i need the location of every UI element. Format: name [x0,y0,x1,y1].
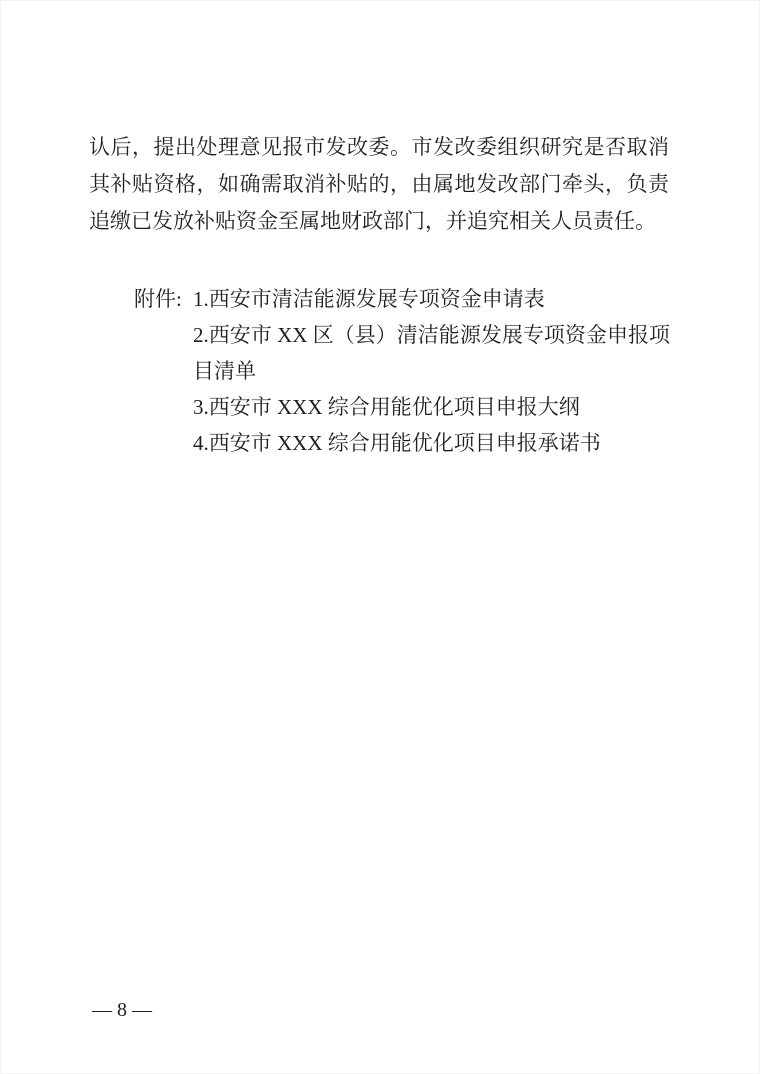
attachments-list: 1.西安市清洁能源发展专项资金申请表 2.西安市 XX 区（县）清洁能源发展专项… [193,281,670,461]
attachments-block: 附件: 1.西安市清洁能源发展专项资金申请表 2.西安市 XX 区（县）清洁能源… [134,281,670,461]
body-paragraph: 认后，提出处理意见报市发改委。市发改委组织研究是否取消其补贴资格，如确需取消补贴… [89,129,669,240]
attachment-item-4: 4.西安市 XXX 综合用能优化项目申报承诺书 [193,425,670,461]
attachment-item-1: 1.西安市清洁能源发展专项资金申请表 [193,281,670,317]
document-page: 认后，提出处理意见报市发改委。市发改委组织研究是否取消其补贴资格，如确需取消补贴… [0,0,760,1074]
attachment-item-2: 2.西安市 XX 区（县）清洁能源发展专项资金申报项目清单 [193,317,670,389]
page-number: — 8 — [92,998,152,1022]
attachments-label: 附件: [134,281,193,317]
attachment-item-3: 3.西安市 XXX 综合用能优化项目申报大纲 [193,389,670,425]
